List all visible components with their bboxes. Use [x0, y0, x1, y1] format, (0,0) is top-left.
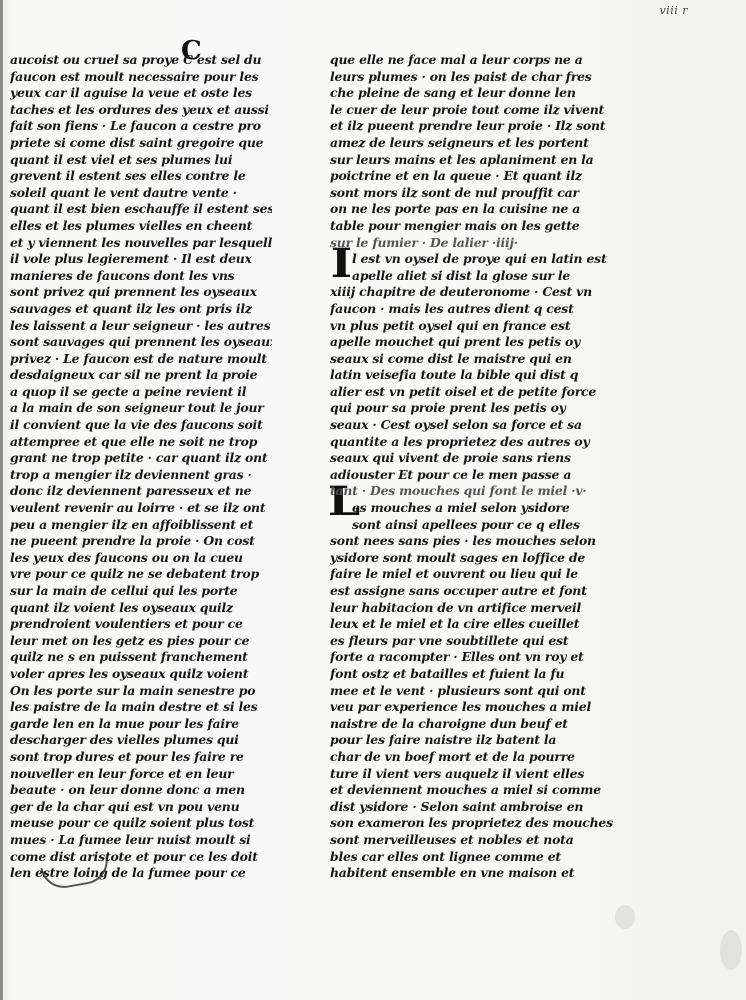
manuscript-line: les paistre de la main destre et si les	[10, 699, 272, 716]
manuscript-line: quant il est bien eschauffe il estent se…	[10, 201, 272, 218]
text-column-right: que elle ne face mal a leur corps ne ale…	[330, 52, 616, 882]
paper-stain	[615, 905, 635, 929]
manuscript-line: sur le fumier · De lalier ·iiij·	[330, 235, 616, 252]
manuscript-line: naistre de la charoigne dun beuf et	[330, 716, 616, 733]
manuscript-line: seaux · Cest oysel selon sa force et sa	[330, 417, 616, 434]
manuscript-line: sont sauvages qui prennent les oyseaux	[10, 334, 272, 351]
manuscript-line: mues · La fumee leur nuist moult si	[10, 832, 272, 849]
manuscript-line: quant ilz voient les oyseaux quilz	[10, 600, 272, 617]
manuscript-line: qui pour sa proie prent les petis oy	[330, 400, 616, 417]
manuscript-line: faire le miel et ouvrent ou lieu qui le	[330, 566, 616, 583]
manuscript-line: ne pueent prendre la proie · On cost	[10, 533, 272, 550]
manuscript-line: veulent revenir au loirre · et se ilz on…	[10, 500, 272, 517]
manuscript-line: sont privez qui prennent les oyseaux	[10, 284, 272, 301]
manuscript-line: soleil quant le vent dautre vente ·	[10, 185, 272, 202]
manuscript-line: sauvages et quant ilz les ont pris ilz	[10, 301, 272, 318]
manuscript-line: apelle aliet si dist la glose sur le	[330, 268, 616, 285]
manuscript-line: leurs plumes · on les paist de char fres	[330, 69, 616, 86]
manuscript-line: sont trop dures et pour les faire re	[10, 749, 272, 766]
manuscript-line: grant ne trop petite · car quant ilz ont	[10, 450, 272, 467]
manuscript-line: leux et le miel et la cire elles cueille…	[330, 616, 616, 633]
manuscript-line: elles et les plumes vielles en cheent	[10, 218, 272, 235]
text-column-left: aucoist ou cruel sa proye C est sel dufa…	[10, 52, 272, 882]
manuscript-line: sur la main de cellui qui les porte	[10, 583, 272, 600]
manuscript-line: vre pour ce quilz ne se debatent trop	[10, 566, 272, 583]
manuscript-line: poictrine et en la queue · Et quant ilz	[330, 168, 616, 185]
paper-stain	[720, 930, 742, 970]
manuscript-line: seaux qui vivent de proie sans riens	[330, 450, 616, 467]
manuscript-line: on ne les porte pas en la cuisine ne a	[330, 201, 616, 218]
manuscript-line: sont merveilleuses et nobles et nota	[330, 832, 616, 849]
manuscript-line: habitent ensemble en vne maison et	[330, 865, 616, 882]
manuscript-line: latin veisefia toute la bible qui dist q	[330, 367, 616, 384]
manuscript-line: vn plus petit oysel qui en france est	[330, 318, 616, 335]
manuscript-line: beaute · on leur donne donc a men	[10, 782, 272, 799]
manuscript-line: sont ainsi apellees pour ce q elles	[330, 517, 616, 534]
manuscript-line: les yeux des faucons ou on la cueu	[10, 550, 272, 567]
manuscript-line: es mouches a miel selon ysidore	[330, 500, 616, 517]
manuscript-line: ger de la char qui est vn pou venu	[10, 799, 272, 816]
manuscript-line: quantite a les proprietez des autres oy	[330, 434, 616, 451]
manuscript-line: quant il est viel et ses plumes lui	[10, 152, 272, 169]
manuscript-line: es fleurs par vne soubtillete qui est	[330, 633, 616, 650]
manuscript-page: viii r C I L aucoist ou cruel sa proye C…	[0, 0, 746, 1000]
manuscript-line: grevent il estent ses elles contre le	[10, 168, 272, 185]
manuscript-line: alier est vn petit oisel et de petite fo…	[330, 384, 616, 401]
manuscript-line: l est vn oysel de proye qui en latin est	[330, 251, 616, 268]
manuscript-line: come dist aristote et pour ce les doit	[10, 849, 272, 866]
manuscript-line: descharger des vielles plumes qui	[10, 732, 272, 749]
manuscript-line: yeux car il aguise la veue et oste les	[10, 85, 272, 102]
manuscript-line: ysidore sont moult sages en loffice de	[330, 550, 616, 567]
manuscript-line: est assigne sans occuper autre et font	[330, 583, 616, 600]
manuscript-line: tant · Des mouches qui font le miel ·v·	[330, 483, 616, 500]
manuscript-line: faucon est moult necessaire pour les	[10, 69, 272, 86]
manuscript-line: manieres de faucons dont les vns	[10, 268, 272, 285]
manuscript-line: nouveller en leur force et en leur	[10, 766, 272, 783]
manuscript-line: fait son fiens · Le faucon a cestre pro	[10, 118, 272, 135]
manuscript-line: privez · Le faucon est de nature moult	[10, 351, 272, 368]
manuscript-line: aucoist ou cruel sa proye C est sel du	[10, 52, 272, 69]
manuscript-line: les laissent a leur seigneur · les autre…	[10, 318, 272, 335]
manuscript-line: table pour mengier mais on les gette	[330, 218, 616, 235]
manuscript-line: faucon · mais les autres dient q cest	[330, 301, 616, 318]
manuscript-line: trop a mengier ilz deviennent gras ·	[10, 467, 272, 484]
manuscript-line: dist ysidore · Selon saint ambroise en	[330, 799, 616, 816]
manuscript-line: font ostz et batailles et fuient la fu	[330, 666, 616, 683]
manuscript-line: a quop il se gecte a peine revient il	[10, 384, 272, 401]
manuscript-line: char de vn boef mort et de la pourre	[330, 749, 616, 766]
manuscript-line: xiiij chapitre de deuteronome · Cest vn	[330, 284, 616, 301]
manuscript-line: veu par experience les mouches a miel	[330, 699, 616, 716]
manuscript-line: voler apres les oyseaux quilz voient	[10, 666, 272, 683]
manuscript-line: mee et le vent · plusieurs sont qui ont	[330, 683, 616, 700]
manuscript-line: et ilz pueent prendre leur proie · Ilz s…	[330, 118, 616, 135]
manuscript-line: et deviennent mouches a miel si comme	[330, 782, 616, 799]
manuscript-line: il vole plus legierement · Il est deux	[10, 251, 272, 268]
manuscript-line: che pleine de sang et leur donne len	[330, 85, 616, 102]
manuscript-line: et y viennent les nouvelles par lesquell…	[10, 235, 272, 252]
manuscript-line: leur met on les getz es pies pour ce	[10, 633, 272, 650]
manuscript-line: garde len en la mue pour les faire	[10, 716, 272, 733]
manuscript-line: taches et les ordures des yeux et aussi	[10, 102, 272, 119]
manuscript-line: ture il vient vers auquelz il vient elle…	[330, 766, 616, 783]
manuscript-line: que elle ne face mal a leur corps ne a	[330, 52, 616, 69]
manuscript-line: pour les faire naistre ilz batent la	[330, 732, 616, 749]
manuscript-line: il convient que la vie des faucons soit	[10, 417, 272, 434]
manuscript-line: attempree et que elle ne soit ne trop	[10, 434, 272, 451]
page-binding-edge	[0, 0, 3, 1000]
manuscript-line: sont mors ilz sont de nul prouffit car	[330, 185, 616, 202]
manuscript-line: sur leurs mains et les aplaniment en la	[330, 152, 616, 169]
manuscript-line: amez de leurs seigneurs et les portent	[330, 135, 616, 152]
manuscript-line: bles car elles ont lignee comme et	[330, 849, 616, 866]
manuscript-line: adiouster Et pour ce le men passe a	[330, 467, 616, 484]
manuscript-line: seaux si come dist le maistre qui en	[330, 351, 616, 368]
manuscript-line: quilz ne s en puissent franchement	[10, 649, 272, 666]
manuscript-line: priete si come dist saint gregoire que	[10, 135, 272, 152]
manuscript-line: apelle mouchet qui prent les petis oy	[330, 334, 616, 351]
manuscript-line: forte a racompter · Elles ont vn roy et	[330, 649, 616, 666]
folio-number: viii r	[659, 4, 688, 17]
manuscript-line: On les porte sur la main senestre po	[10, 683, 272, 700]
manuscript-line: sont nees sans pies · les mouches selon	[330, 533, 616, 550]
manuscript-line: son exameron les proprietez des mouches	[330, 815, 616, 832]
manuscript-line: leur habitacion de vn artifice merveil	[330, 600, 616, 617]
manuscript-line: a la main de son seigneur tout le jour	[10, 400, 272, 417]
manuscript-line: desdaigneux car sil ne prent la proie	[10, 367, 272, 384]
manuscript-line: peu a mengier ilz en affoiblissent et	[10, 517, 272, 534]
manuscript-line: donc ilz deviennent paresseux et ne	[10, 483, 272, 500]
manuscript-line: meuse pour ce quilz soient plus tost	[10, 815, 272, 832]
manuscript-line: le cuer de leur proie tout come ilz vive…	[330, 102, 616, 119]
manuscript-line: prendroient voulentiers et pour ce	[10, 616, 272, 633]
